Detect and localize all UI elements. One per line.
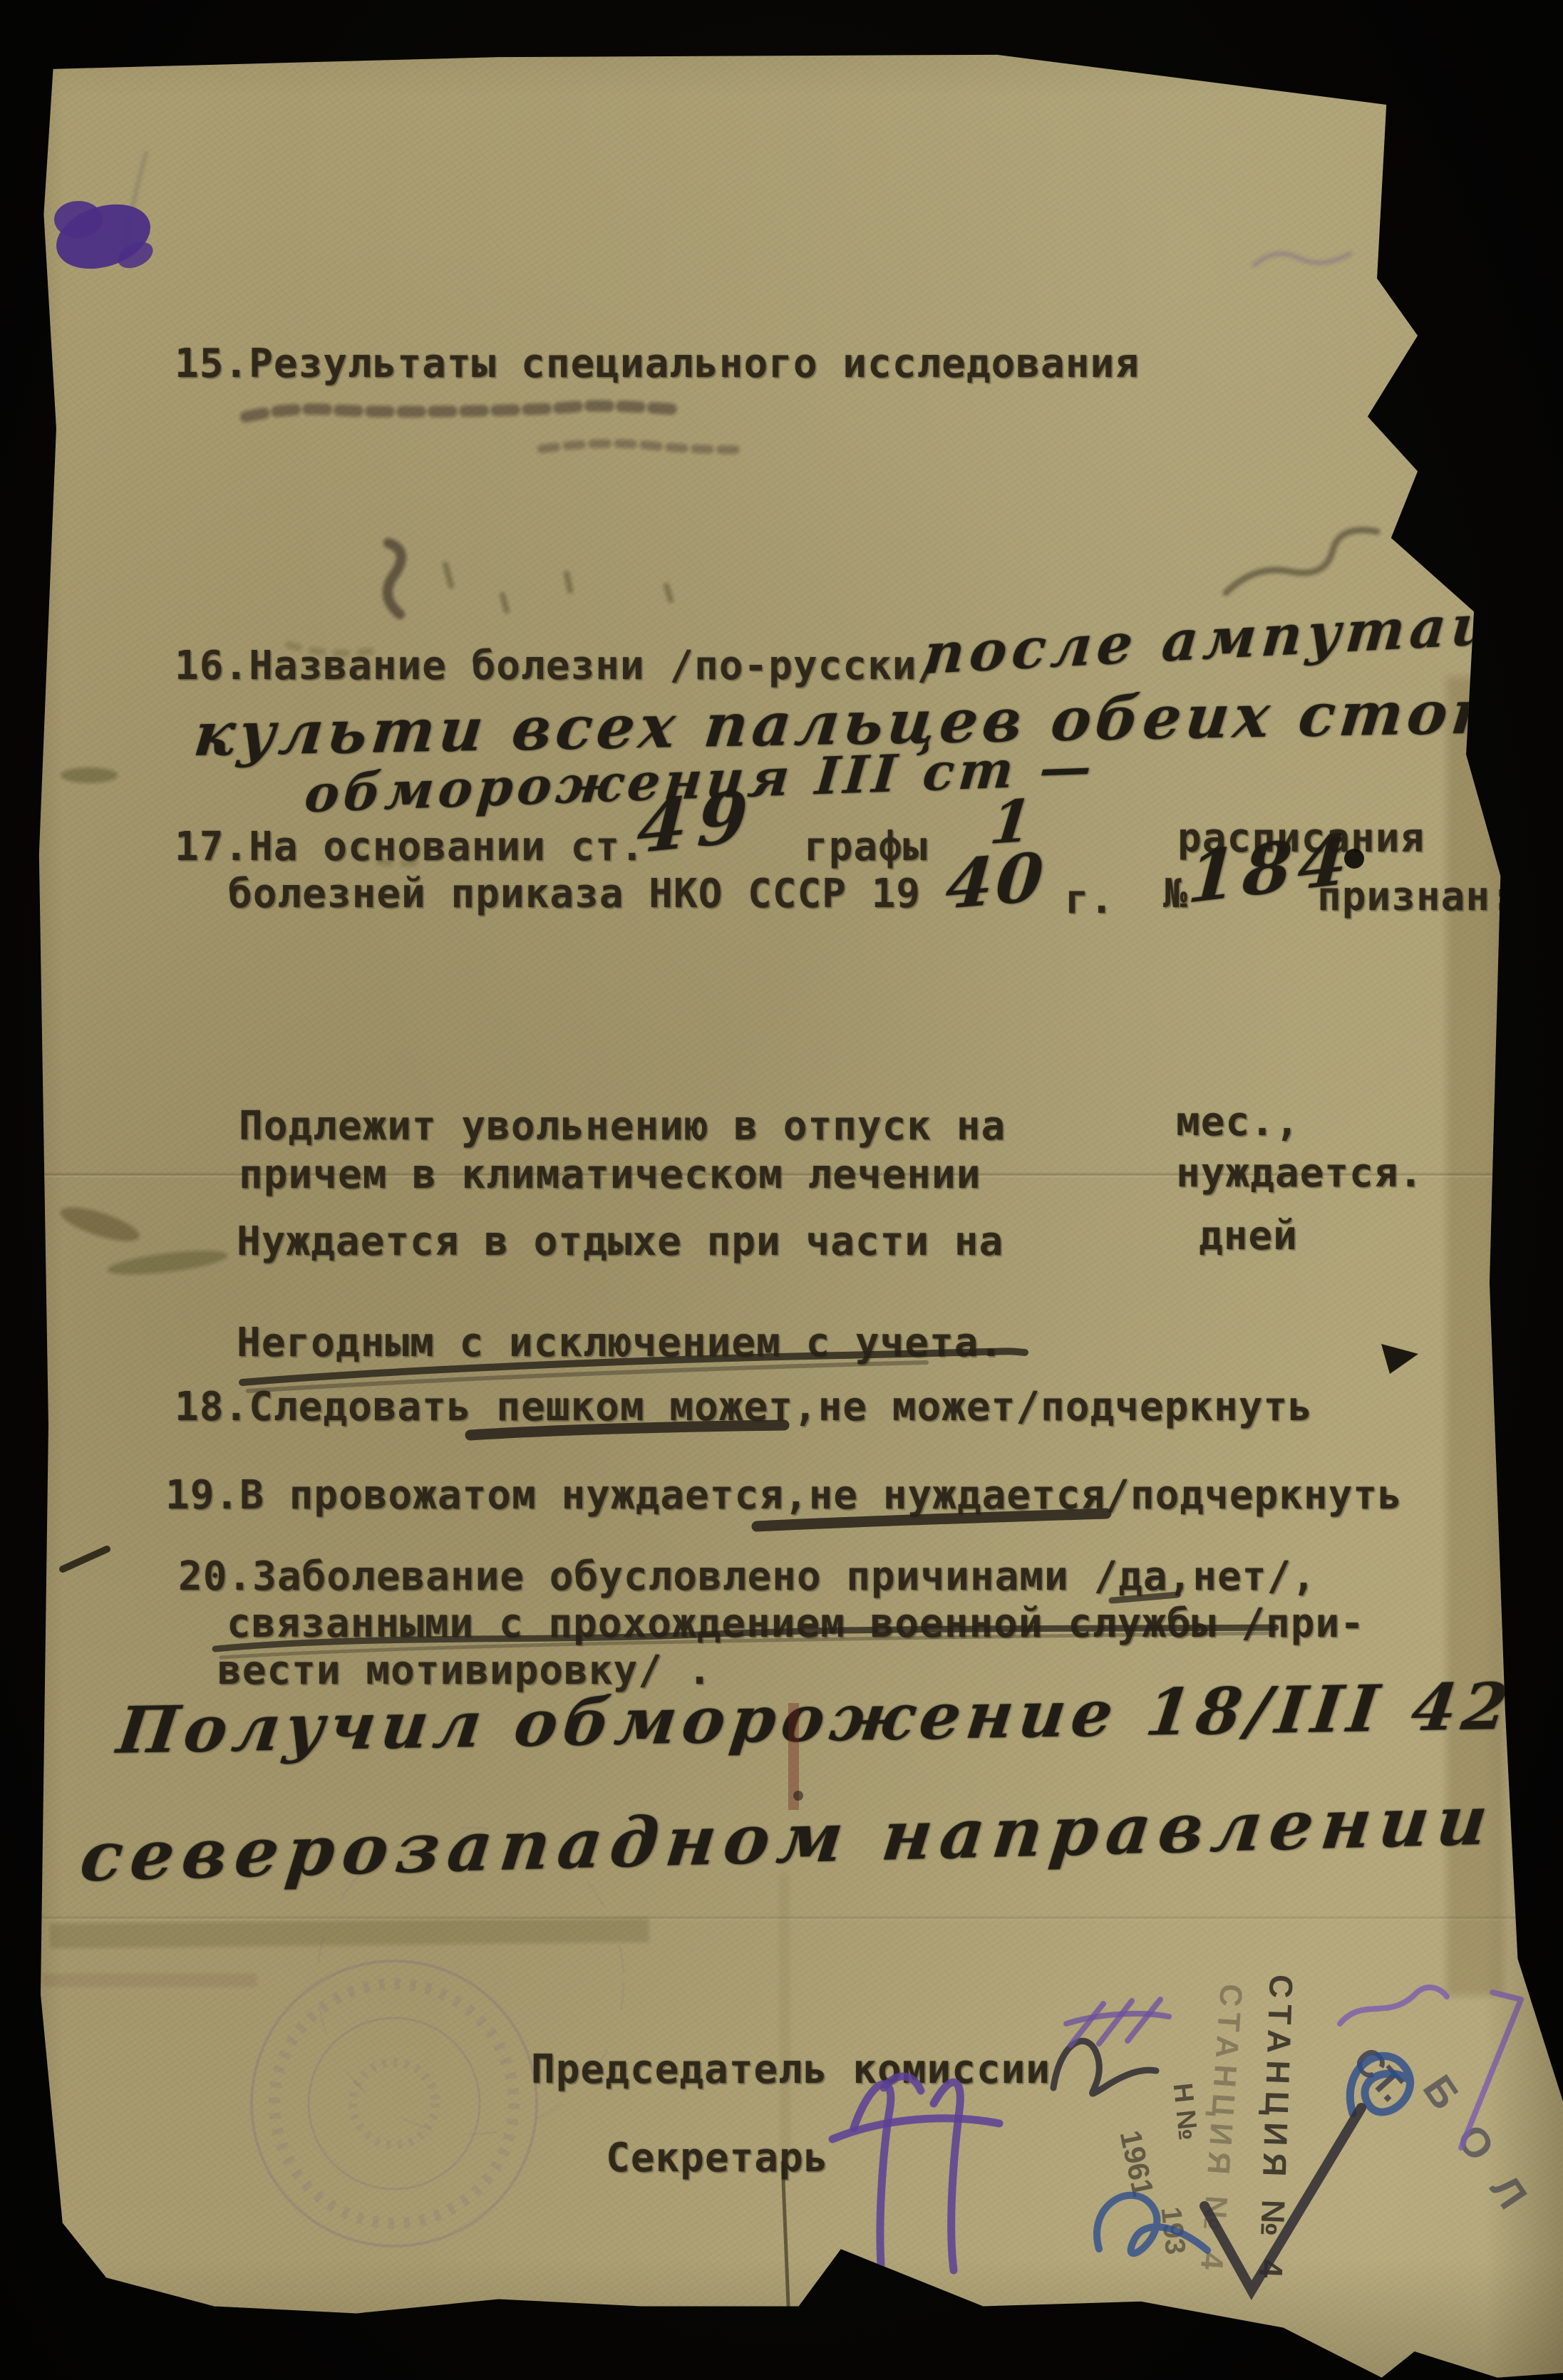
purple-ink-blot — [48, 193, 158, 280]
field-18-walk-label: 18.Следовать пешком может,не может/подче… — [175, 1384, 1313, 1430]
handwritten-note-line2: северозападном направлении фронта — [76, 1769, 1563, 1897]
diagonal-stamp-st: СТ. — [1344, 2039, 1415, 2111]
unfit-clause-line: Негодным с исключением с учета. — [237, 1320, 1004, 1366]
chairman-label: Председатель комиссии — [531, 2047, 1051, 2093]
handwritten-diagnosis-line1: после ампутационные — [921, 578, 1563, 688]
margin-tick — [63, 1549, 107, 1569]
purple-marks — [1066, 1999, 1169, 2045]
field-20-cause-line2: связанными с прохождением военной службы… — [227, 1600, 1365, 1647]
secretary-label: Секретарь — [606, 2135, 828, 2181]
leave-clause-months-label: мес., — [1176, 1099, 1300, 1145]
rest-clause-line: Нуждается в отдыхе при части на — [237, 1219, 1004, 1265]
paper-crack — [783, 2163, 788, 2305]
field-19-escort-label: 19.В провожатом нуждается,не нуждается/п… — [165, 1472, 1403, 1518]
field-17-order-label: болезней приказа НКО СССР 19 — [228, 871, 921, 917]
handwritten-year: 40 — [943, 838, 1048, 925]
stamp-fragment-1961: 1961 — [1113, 2127, 1160, 2199]
chairman-signature — [1053, 2041, 1156, 2094]
scanned-document-photo: 15.Результаты специального исследования … — [0, 0, 1563, 2380]
leave-clause-needs-label: нуждается. — [1176, 1150, 1423, 1196]
stamp-fragment-n-no: Н № — [1167, 2081, 1203, 2141]
field-20-cause-line1: 20.Заболевание обусловлено причинами /да… — [178, 1553, 1316, 1600]
fold-crease — [0, 1915, 1563, 1921]
field-17-recognized-label: признан: — [1317, 874, 1515, 920]
field-17-number-sign: № — [1163, 871, 1188, 917]
leave-clause-line1: Подлежит увольнению в отпуск на — [239, 1103, 1006, 1149]
station-stamp-text: СТАНЦИЯ № 4 — [1252, 1974, 1301, 2285]
field-17-basis-label: 17.На основании ст. — [175, 824, 645, 870]
rest-clause-days-label: дней — [1199, 1213, 1298, 1259]
secretary-signature — [832, 2076, 999, 2270]
paper-sheet: 15.Результаты специального исследования … — [0, 0, 1563, 2380]
field-17-grafa-label: графы — [804, 824, 928, 870]
field-17-year-suffix: г. — [1065, 876, 1114, 923]
leave-clause-line2: причем в климатическом лечении — [239, 1152, 981, 1198]
field-16-disease-label: 16.Название болезни /по-русски/ — [175, 643, 942, 689]
handwritten-article-number: 49 — [635, 774, 760, 870]
stamp-fragment-193: 193 — [1155, 2205, 1192, 2256]
blue-flourish-b — [1097, 2195, 1207, 2253]
field-15-results-label: 15.Результаты специального исследования — [175, 341, 1140, 387]
diagonal-stamp-bol: БОЛ — [1413, 2066, 1553, 2242]
